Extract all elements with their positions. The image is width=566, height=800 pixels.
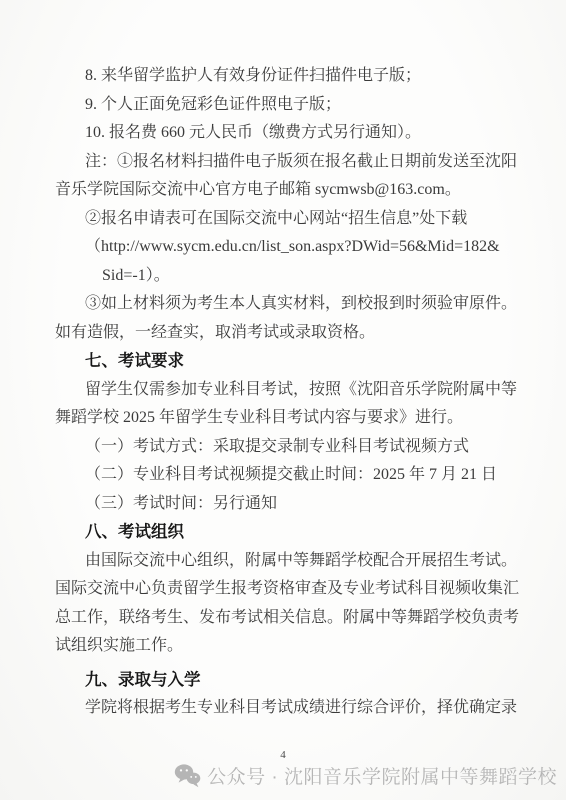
document-page: 8. 来华留学监护人有效身份证件扫描件电子版； 9. 个人正面免冠彩色证件照电子… <box>0 0 566 800</box>
note-line-3: ②报名申请表可在国际交流中心网站“招生信息”处下载 <box>55 205 521 234</box>
note-line-2-email: 音乐学院国际交流中心官方电子邮箱 sycmwsb@163.com。 <box>55 176 521 205</box>
section-heading-9: 九、录取与入学 <box>55 666 521 695</box>
note-url-line-1: （http://www.sycm.edu.cn/list_son.aspx?DW… <box>55 233 521 262</box>
document-body: 8. 来华留学监护人有效身份证件扫描件电子版； 9. 个人正面免冠彩色证件照电子… <box>55 62 521 723</box>
section-heading-8: 八、考试组织 <box>55 518 521 547</box>
note-line-1: 注：①报名材料扫描件电子版须在报名截止日期前发送至沈阳 <box>55 148 521 177</box>
section-7-item-1: （一）考试方式：采取提交录制专业科目考试视频方式 <box>55 433 521 462</box>
section-7-line-1: 留学生仅需参加专业科目考试，按照《沈阳音乐学院附属中等 <box>55 376 521 405</box>
section-8-line-1: 由国际交流中心组织，附属中等舞蹈学校配合开展招生考试。 <box>55 547 521 576</box>
wechat-watermark: 公众号 · 沈阳音乐学院附属中等舞蹈学校 <box>174 762 557 789</box>
section-heading-7: 七、考试要求 <box>55 347 521 376</box>
note-url-line-2: Sid=-1）。 <box>55 262 521 291</box>
watermark-text: 公众号 · 沈阳音乐学院附属中等舞蹈学校 <box>207 762 557 789</box>
section-8-line-4: 试组织实施工作。 <box>55 632 521 661</box>
section-9-line-1: 学院将根据考生专业科目考试成绩进行综合评价，择优确定录 <box>55 694 521 723</box>
list-item-9: 9. 个人正面免冠彩色证件照电子版； <box>55 91 521 120</box>
section-8-line-2: 国际交流中心负责留学生报考资格审查及专业考试科目视频收集汇 <box>55 575 521 604</box>
section-7-item-2: （二）专业科目考试视频提交截止时间：2025 年 7 月 21 日 <box>55 461 521 490</box>
section-7-line-2: 舞蹈学校 2025 年留学生专业科目考试内容与要求》进行。 <box>55 404 521 433</box>
section-8-line-3: 总工作，联络考生、发布考试相关信息。附属中等舞蹈学校负责考 <box>55 604 521 633</box>
section-7-item-3: （三）考试时间：另行通知 <box>55 490 521 519</box>
wechat-icon <box>174 763 201 788</box>
list-item-8: 8. 来华留学监护人有效身份证件扫描件电子版； <box>55 62 521 91</box>
page-number: 4 <box>0 749 566 761</box>
note-line-4: ③如上材料须为考生本人真实材料，到校报到时须验审原件。 <box>55 290 521 319</box>
note-line-5: 如有造假，一经查实，取消考试或录取资格。 <box>55 319 521 348</box>
list-item-10: 10. 报名费 660 元人民币（缴费方式另行通知）。 <box>55 119 521 148</box>
